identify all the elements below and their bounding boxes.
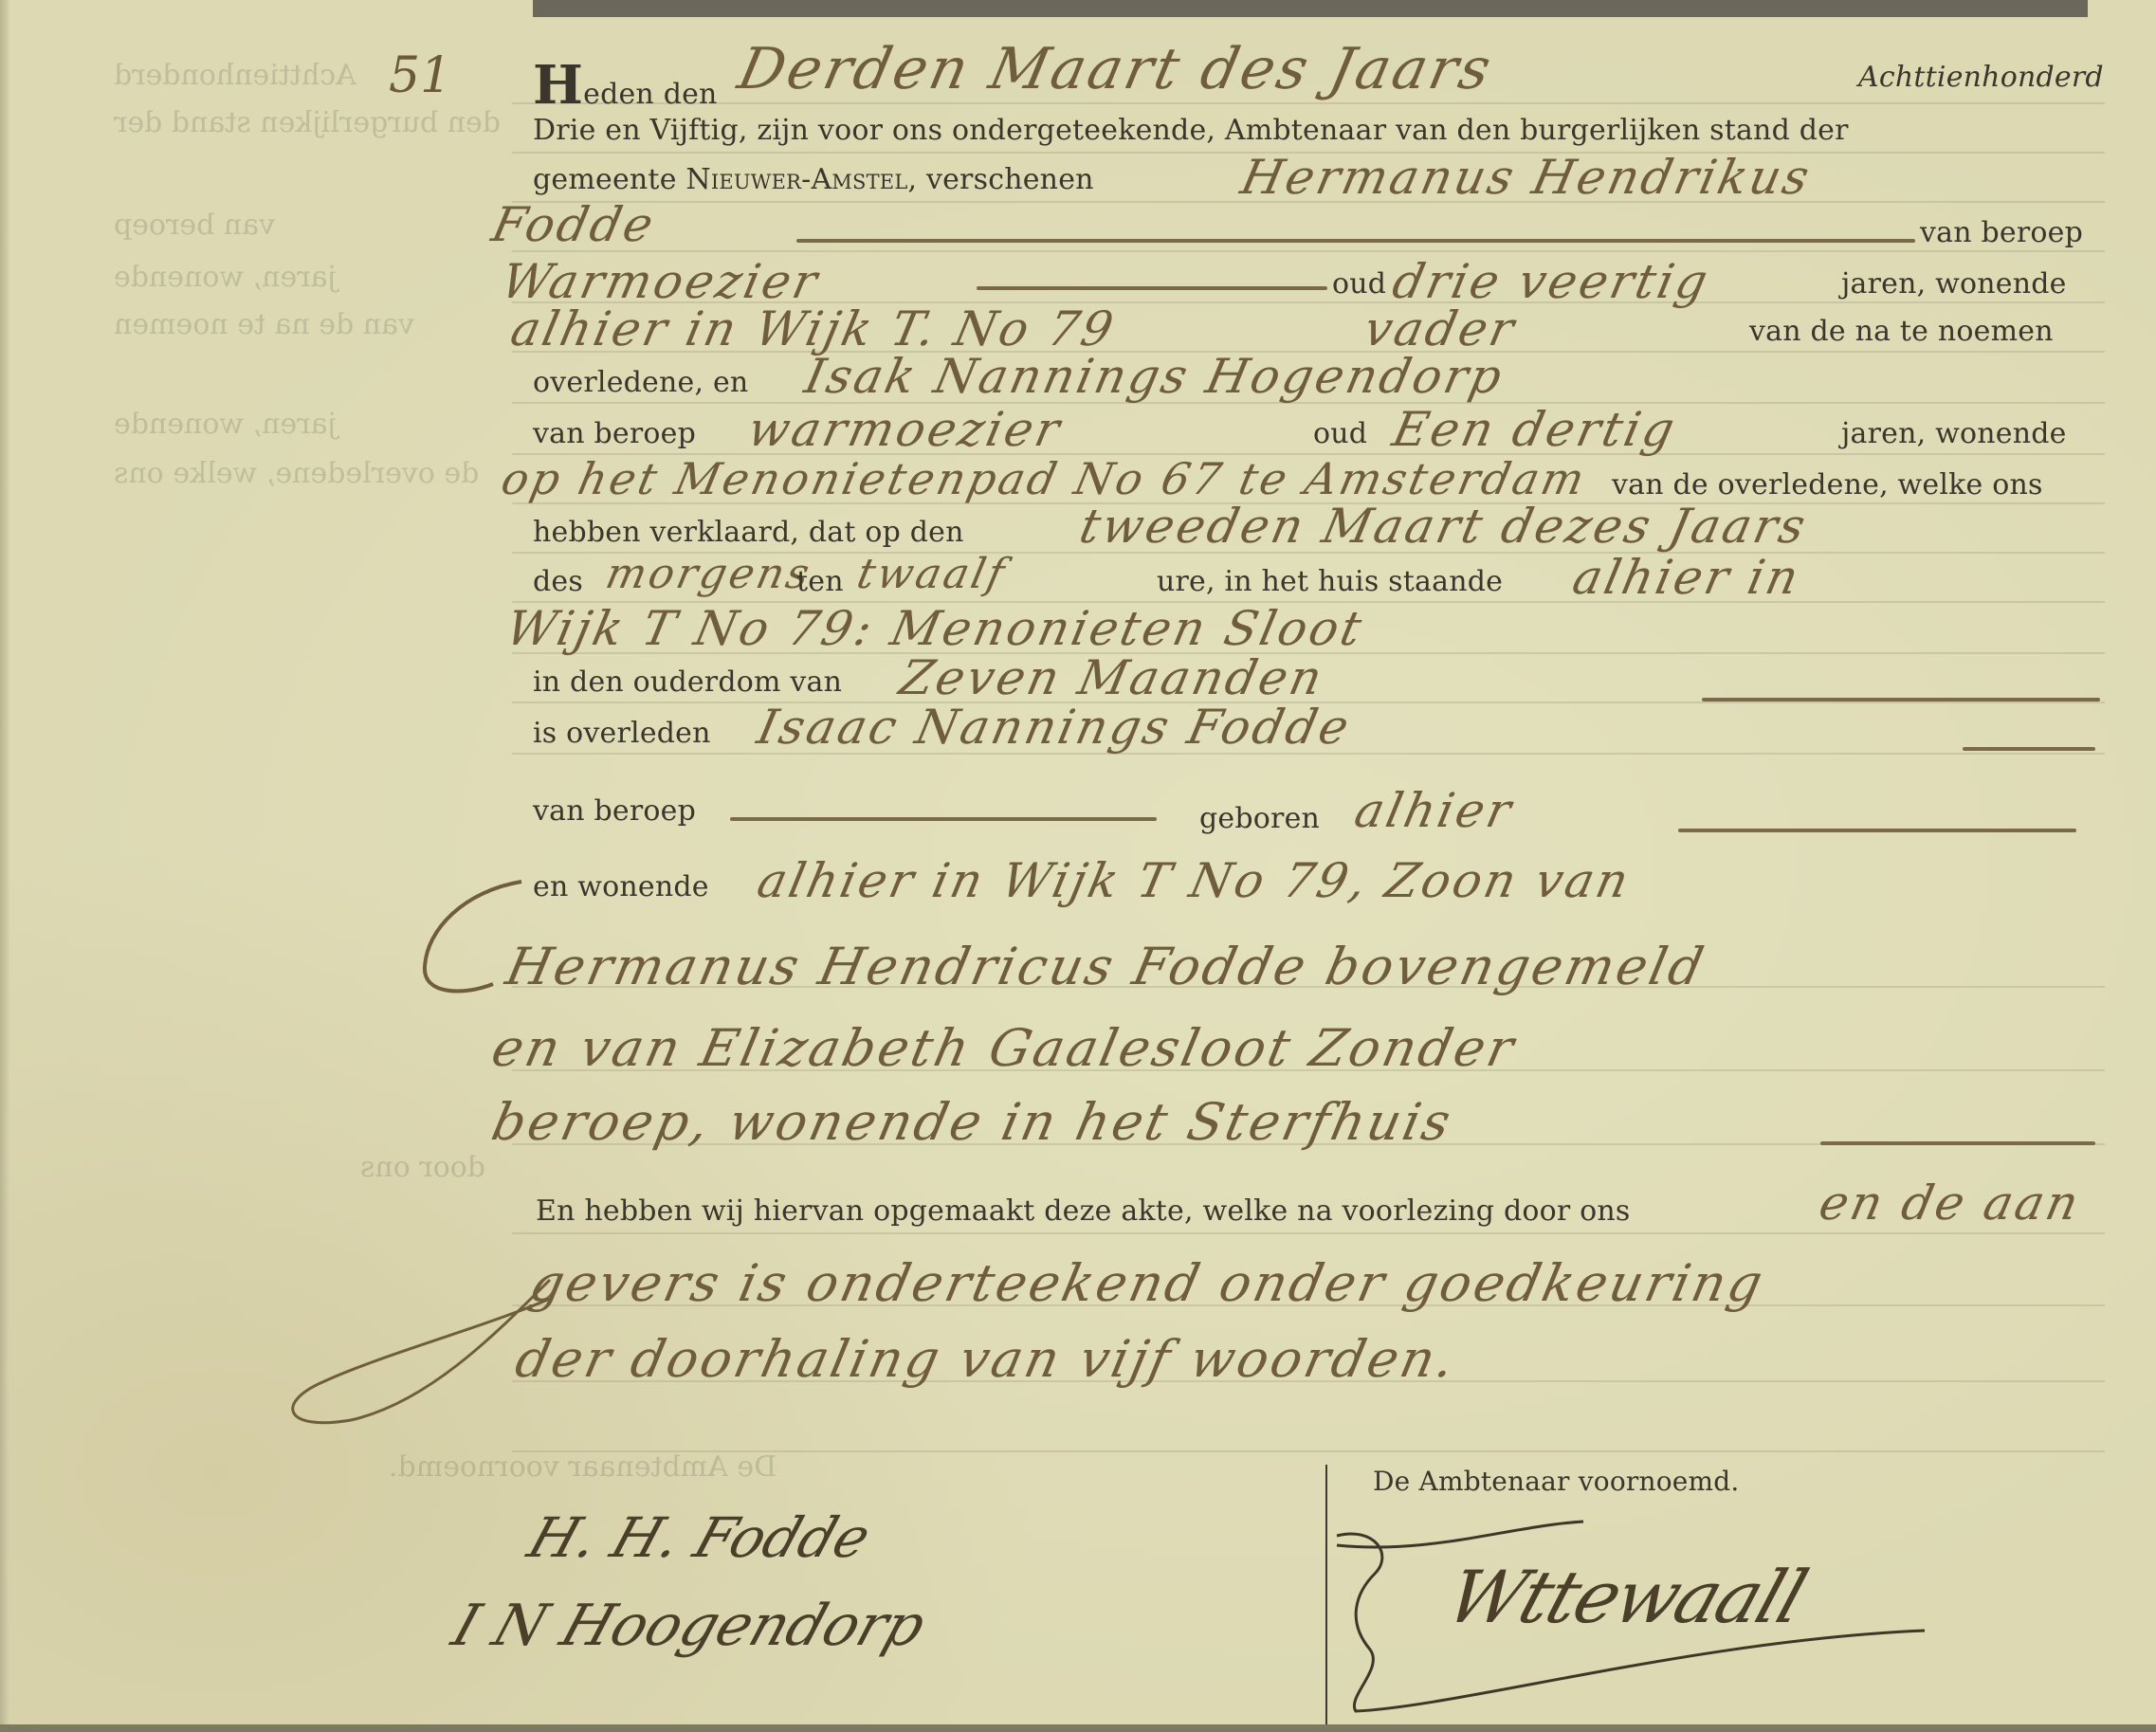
bleed-through-text: jaren, wonende xyxy=(114,408,337,441)
printed-municipality: Nieuwer-Amstel xyxy=(685,163,907,196)
hw-residence: alhier in Wijk T No 79, Zoon van xyxy=(753,853,1636,908)
printed-gemeente: gemeente xyxy=(533,163,677,196)
printed-van-beroep: van beroep xyxy=(533,417,696,450)
hw-born: alhier xyxy=(1350,783,1519,838)
printed-hebben-verklaard: hebben verklaard, dat op den xyxy=(533,516,964,549)
signature-witness-2: I N Hoogendorp xyxy=(445,1593,934,1659)
printed-is-overleden: is overleden xyxy=(533,717,711,750)
printed-van-de-na: van de na te noemen xyxy=(1749,315,2054,348)
drop-cap: H xyxy=(533,54,583,117)
printed-ten: ten xyxy=(796,565,844,598)
printed-verschenen: , verschenen xyxy=(907,163,1093,196)
printed-line-3: gemeente Nieuwer-Amstel, verschenen xyxy=(533,163,1094,196)
hw-witness-name: Isak Nannings Hogendorp xyxy=(800,349,1509,404)
fill-line xyxy=(1678,829,2076,832)
hw-witness-address: op het Menonietenpad No 67 te Amsterdam xyxy=(497,453,1591,504)
printed-en-wonende: en wonende xyxy=(533,870,709,903)
hw-closing-3: der doorhaling van vijf woorden. xyxy=(510,1329,1462,1389)
signature-witness-1: H. H. Fodde xyxy=(521,1505,879,1570)
hw-deceased-age: Zeven Maanden xyxy=(895,650,1329,705)
printed-van-de-overledene: van de overledene, welke ons xyxy=(1612,468,2043,501)
bleed-through-text: jaren, wonende xyxy=(114,261,337,294)
printed-heden: Heden den xyxy=(533,59,718,112)
hw-hour: twaalf xyxy=(853,550,1012,598)
printed-line-2-rest: , zijn voor ons ondergeteekende, Ambtena… xyxy=(739,114,1849,147)
fill-line xyxy=(1702,698,2100,702)
printed-oud: oud xyxy=(1332,267,1386,301)
hw-location-cont: Wijk T No 79: Menonieten Sloot xyxy=(502,601,1369,656)
bleed-through-text: door ons xyxy=(360,1151,485,1184)
hw-witness-age: Een dertig xyxy=(1388,402,1682,457)
printed-jaren-wonende: jaren, wonende xyxy=(1841,267,2067,301)
hw-death-date: tweeden Maart dezes Jaars xyxy=(1075,499,1813,554)
fill-line xyxy=(1820,1141,2095,1145)
printed-ure: ure, in het huis staande xyxy=(1157,565,1503,598)
fill-line xyxy=(796,239,1915,243)
hw-declarant-surname: Fodde xyxy=(487,197,661,252)
printed-overledene-en: overledene, en xyxy=(533,366,748,399)
hw-mother: en van Elizabeth Gaalesloot Zonder xyxy=(486,1018,1521,1078)
closing-flourish-icon xyxy=(265,1261,569,1431)
ruled-line xyxy=(512,250,2105,252)
fill-line xyxy=(730,817,1157,821)
printed-line-2: Drie en Vijftig, zijn voor ons ondergete… xyxy=(533,114,1849,147)
hw-part-of-day: morgens xyxy=(602,550,816,598)
top-print-bar xyxy=(533,0,2088,17)
ruled-line xyxy=(512,1232,2105,1234)
hw-date: Derden Maart des Jaars xyxy=(733,36,1500,102)
hw-closing-1: en de aan xyxy=(1815,1176,2086,1231)
official-signature-flourish-icon xyxy=(1318,1517,1944,1725)
printed-geboren: geboren xyxy=(1199,802,1320,835)
printed-en-hebben: En hebben wij hiervan opgemaakt deze akt… xyxy=(536,1194,1631,1228)
fill-line xyxy=(1963,747,2095,751)
page-left-edge xyxy=(0,0,9,1732)
printed-ouderdom: in den ouderdom van xyxy=(533,665,842,699)
printed-ambtenaar: De Ambtenaar voornoemd. xyxy=(1373,1466,1740,1497)
hw-closing-2: gevers is onderteekend onder goedkeuring xyxy=(524,1253,1770,1313)
bleed-through-text: van de na te noemen xyxy=(114,308,414,341)
hw-declarant-name: Hermanus Hendrikus xyxy=(1236,150,1817,205)
page-bottom-edge xyxy=(0,1724,2156,1732)
fill-line xyxy=(977,286,1327,290)
bleed-through-text: de overledene, welke ons xyxy=(114,457,479,490)
ruled-line xyxy=(512,102,2105,104)
printed-des: des xyxy=(533,565,583,598)
printed-jaren-wonende: jaren, wonende xyxy=(1841,417,2067,450)
bleed-through-text: De Ambtenaar voornoemd. xyxy=(389,1450,777,1484)
hw-mother-info: beroep, wonende in het Sterfhuis xyxy=(486,1092,1458,1152)
bleed-through-text: van beroep xyxy=(114,209,275,242)
record-number: 51 xyxy=(389,47,451,104)
hw-deceased-name: Isaac Nannings Fodde xyxy=(753,700,1357,755)
printed-van-beroep: van beroep xyxy=(1920,216,2083,249)
printed-van-beroep: van beroep xyxy=(533,794,696,828)
hw-parents: Hermanus Hendricus Fodde bovengemeld xyxy=(501,937,1711,996)
printed-oud: oud xyxy=(1313,417,1367,450)
hw-witness-occupation: warmoezier xyxy=(743,402,1068,457)
bleed-through-text: Achttienhonderd xyxy=(114,59,356,92)
hw-location: alhier in xyxy=(1568,550,1806,605)
printed-year: Drie en Vijftig xyxy=(533,114,739,147)
printed-heden-text: eden den xyxy=(583,78,717,111)
bleed-through-text: den burgerlijken stand der xyxy=(114,106,501,139)
printed-achttienhonderd: Achttienhonderd xyxy=(1858,61,2104,94)
